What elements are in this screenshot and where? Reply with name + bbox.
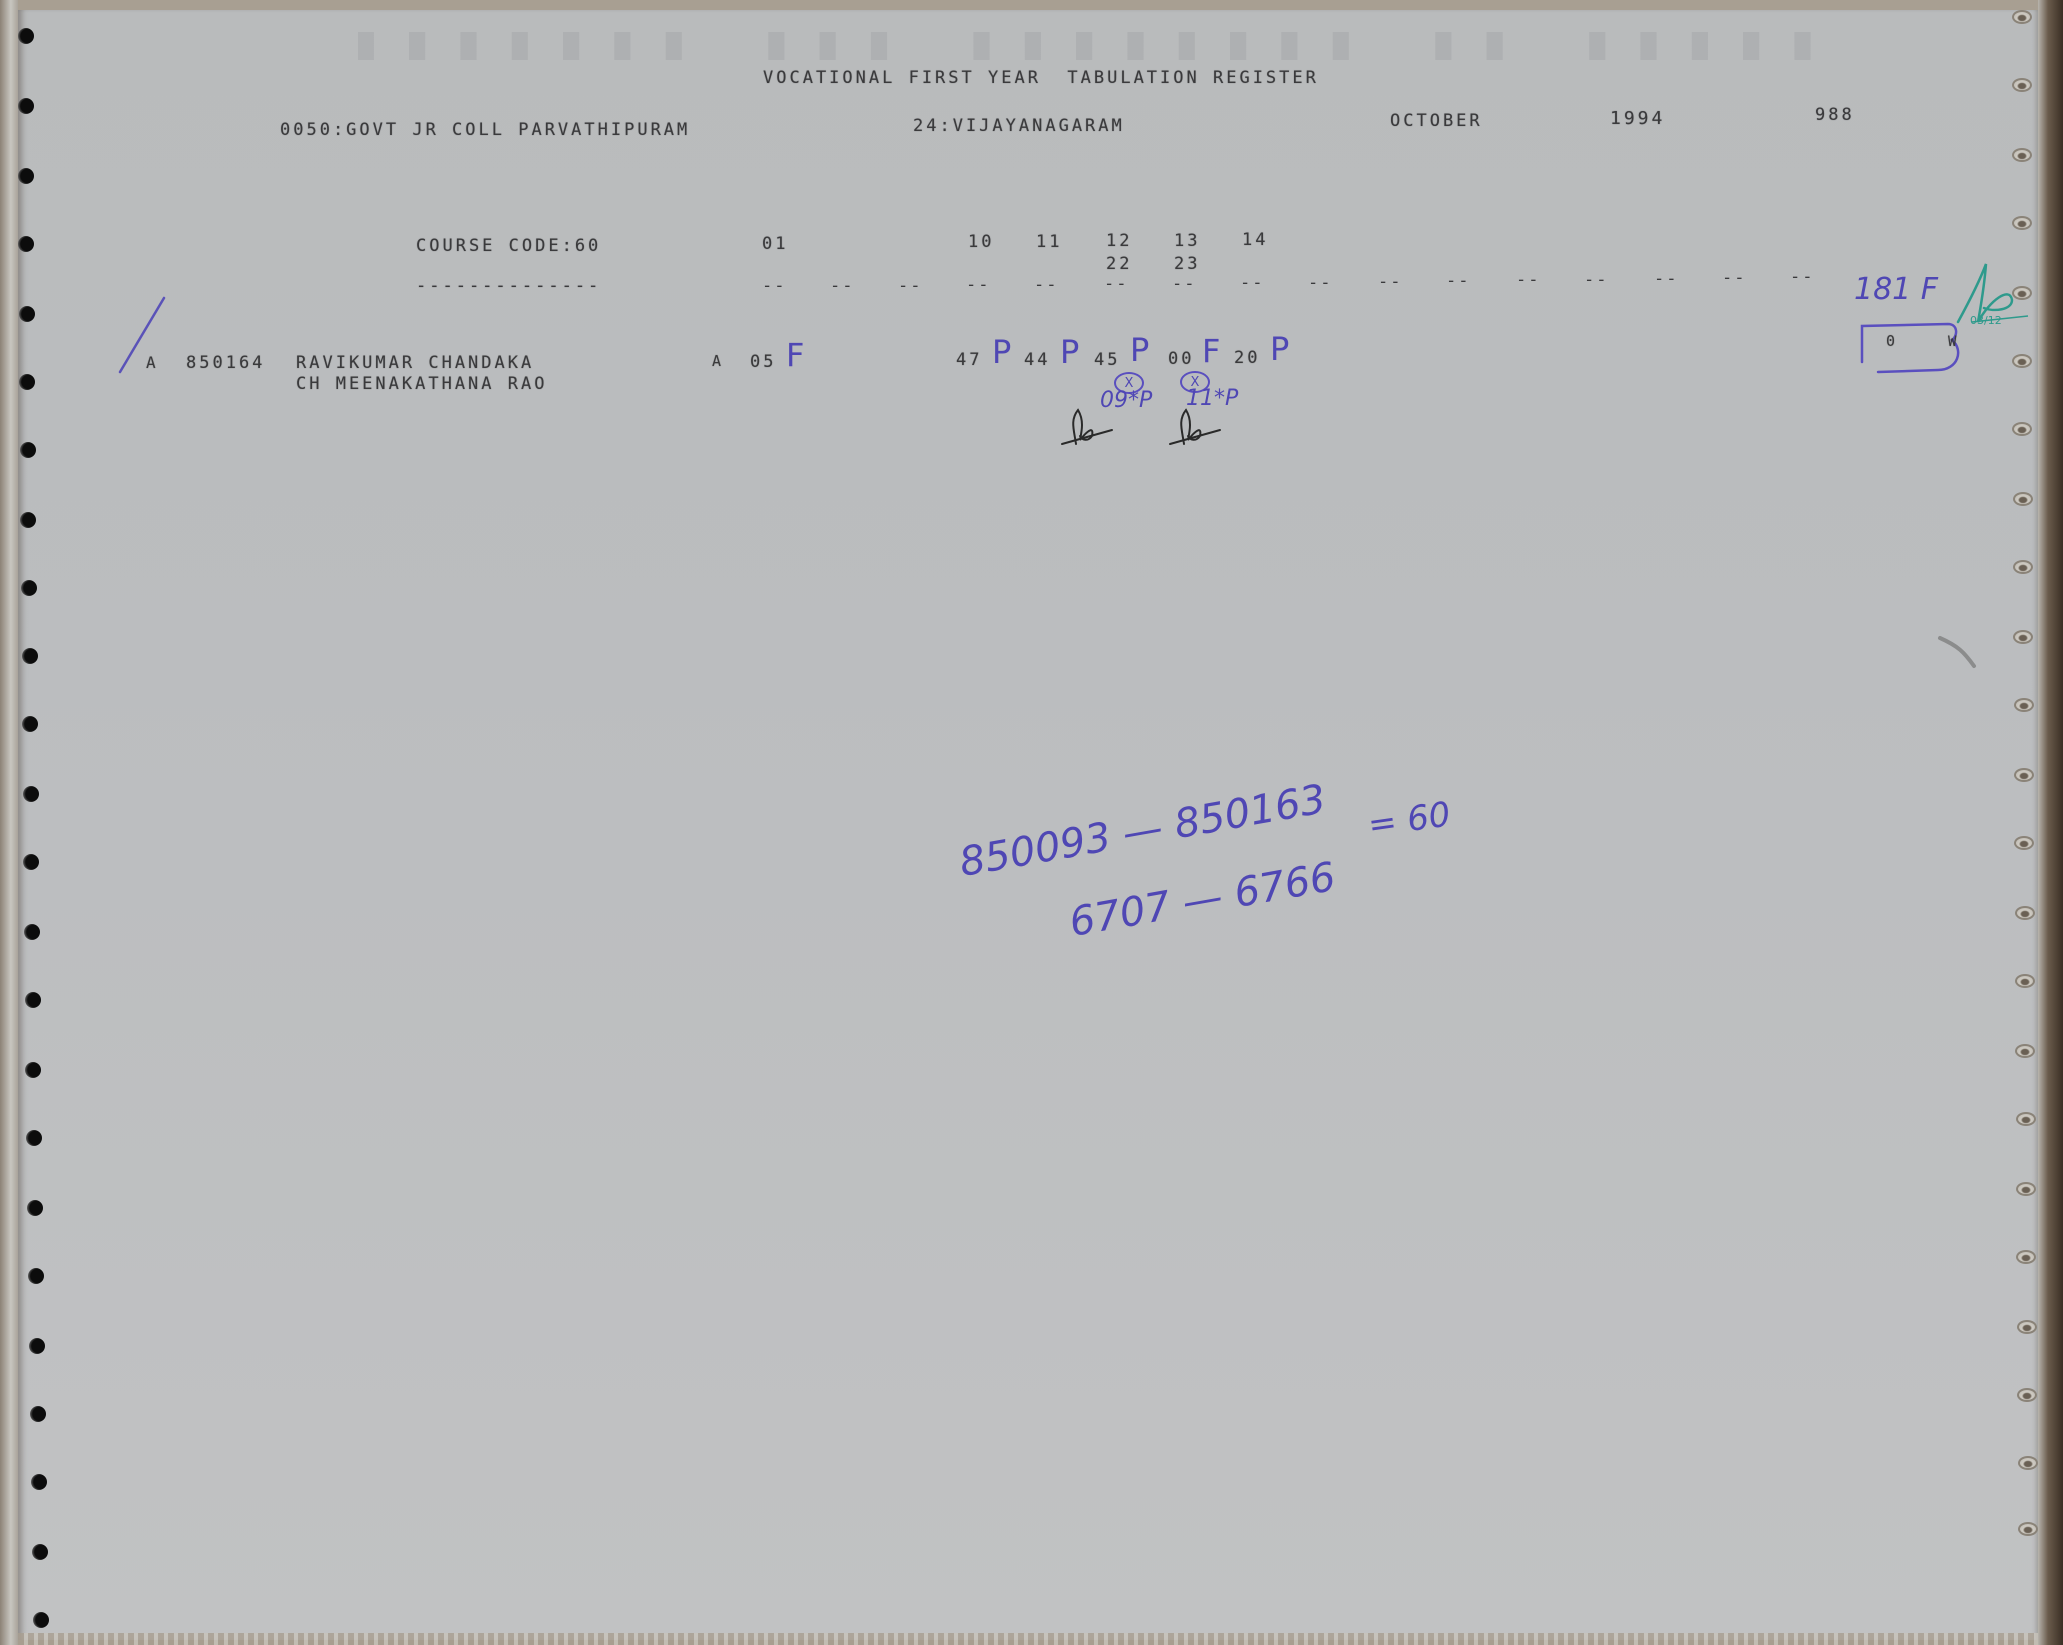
right-feed-hole xyxy=(2016,1182,2036,1196)
stray-pencil-mark xyxy=(1934,630,2004,680)
column-header-11: 11 xyxy=(1036,232,1062,252)
total-result-annotation: 181 F xyxy=(1854,272,1938,307)
column-dash: -- xyxy=(1034,275,1058,295)
column-dash: -- xyxy=(1308,273,1332,293)
bottom-perforation xyxy=(18,1633,2038,1645)
exam-year: 1994 xyxy=(1610,108,1665,129)
right-feed-hole xyxy=(2013,630,2033,644)
teal-signature-icon xyxy=(1950,260,2030,340)
right-feed-hole xyxy=(2015,906,2035,920)
district-name: 24:VIJAYANAGARAM xyxy=(913,116,1125,136)
left-feed-hole xyxy=(22,716,38,732)
right-feed-hole xyxy=(2012,354,2032,368)
right-feed-hole xyxy=(2016,1112,2036,1126)
column-header-10: 10 xyxy=(968,232,994,252)
right-feed-hole xyxy=(2012,78,2032,92)
column-header-13: 13 xyxy=(1174,231,1200,251)
column-dash: -- xyxy=(1240,273,1264,293)
medium-code: A xyxy=(712,352,724,370)
right-feed-hole xyxy=(2017,1320,2037,1334)
course-code-underline: -------------- xyxy=(416,276,601,296)
right-feed-hole xyxy=(2014,836,2034,850)
left-feed-hole xyxy=(20,442,36,458)
father-name: CH MEENAKATHANA RAO xyxy=(296,374,547,394)
result-01: F xyxy=(786,336,804,374)
right-feed-hole xyxy=(2016,1250,2036,1264)
left-feed-hole xyxy=(18,28,34,44)
column-dash: -- xyxy=(1104,274,1128,294)
right-feed-hole xyxy=(2018,1456,2038,1470)
column-header-12: 12 xyxy=(1106,231,1132,251)
right-feed-hole xyxy=(2015,1044,2035,1058)
column-header-01: 01 xyxy=(762,234,788,254)
right-feed-hole xyxy=(2014,768,2034,782)
right-feed-hole xyxy=(2012,148,2032,162)
column-dash: -- xyxy=(1378,272,1402,292)
left-feed-hole xyxy=(18,236,34,252)
column-dash: -- xyxy=(898,276,922,296)
right-feed-hole xyxy=(2014,698,2034,712)
column-dash: -- xyxy=(1516,270,1540,290)
left-feed-hole xyxy=(32,1544,48,1560)
right-feed-hole xyxy=(2017,1388,2037,1402)
signature-date: 03/12 xyxy=(1970,314,2002,327)
left-feed-hole xyxy=(31,1474,47,1490)
initials-signature-icon xyxy=(1058,400,1118,450)
right-feed-hole xyxy=(2013,492,2033,506)
right-feed-hole xyxy=(2012,216,2032,230)
tick-mark-icon xyxy=(114,290,174,380)
student-name: RAVIKUMAR CHANDAKA xyxy=(296,353,534,373)
column-dash: -- xyxy=(1722,268,1746,288)
course-code-label: COURSE CODE:60 xyxy=(416,236,601,256)
right-paper-edge xyxy=(2038,0,2063,1645)
range-calculation-line-2: 6707 — 6766 xyxy=(1066,854,1339,946)
hall-ticket-number: 850164 xyxy=(186,353,265,373)
column-subheader-22: 22 xyxy=(1106,254,1132,274)
left-feed-hole xyxy=(19,374,35,390)
left-feed-hole xyxy=(25,992,41,1008)
left-feed-hole xyxy=(28,1268,44,1284)
left-feed-hole xyxy=(33,1612,49,1628)
column-dash: -- xyxy=(1654,269,1678,289)
left-feed-hole xyxy=(30,1406,46,1422)
exam-month: OCTOBER xyxy=(1390,111,1483,131)
mark-01: 05 xyxy=(750,352,776,372)
column-dash: -- xyxy=(1584,270,1608,290)
mark-10: 47 xyxy=(956,350,982,370)
left-feed-hole xyxy=(25,1062,41,1078)
left-feed-hole xyxy=(27,1200,43,1216)
left-feed-hole xyxy=(26,1130,42,1146)
left-feed-hole xyxy=(23,786,39,802)
mark-11: 44 xyxy=(1024,350,1050,370)
column-header-14: 14 xyxy=(1242,230,1268,250)
result-12: P xyxy=(1130,331,1149,369)
left-feed-hole xyxy=(21,580,37,596)
left-binding-strip xyxy=(0,0,18,1645)
box-left-value: 0 xyxy=(1886,332,1898,350)
tabulation-sheet: █ █ █ █ █ █ █ █ █ █ █ █ █ █ █ █ █ █ █ █ … xyxy=(18,10,2038,1640)
left-feed-hole xyxy=(20,512,36,528)
right-feed-hole xyxy=(2013,560,2033,574)
column-subheader-23: 23 xyxy=(1174,254,1200,274)
page-number: 988 xyxy=(1815,105,1855,125)
column-dash: -- xyxy=(762,276,786,296)
right-feed-hole xyxy=(2015,974,2035,988)
result-11: P xyxy=(1060,333,1079,371)
right-feed-hole xyxy=(2012,286,2032,300)
left-feed-hole xyxy=(19,306,35,322)
college-name: 0050:GOVT JR COLL PARVATHIPURAM xyxy=(280,120,690,140)
range-calculation-total: = 60 xyxy=(1366,794,1453,845)
bleed-through-text: █ █ █ █ █ █ █ █ █ █ █ █ █ █ █ █ █ █ █ █ … xyxy=(358,32,1818,60)
column-dash: -- xyxy=(830,276,854,296)
column-dash: -- xyxy=(1446,271,1470,291)
register-title: VOCATIONAL FIRST YEAR TABULATION REGISTE… xyxy=(763,68,1319,88)
right-feed-hole xyxy=(2012,10,2032,24)
right-feed-hole xyxy=(2012,422,2032,436)
left-feed-hole xyxy=(24,924,40,940)
initials-signature-icon xyxy=(1166,400,1226,450)
column-dash: -- xyxy=(1790,267,1814,287)
column-dash: -- xyxy=(966,275,990,295)
row-flag: A xyxy=(146,353,159,372)
left-feed-hole xyxy=(29,1338,45,1354)
left-feed-hole xyxy=(22,648,38,664)
result-10: P xyxy=(992,333,1011,371)
result-14: P xyxy=(1270,330,1289,368)
column-dash: -- xyxy=(1172,274,1196,294)
mark-13: 00 xyxy=(1168,349,1194,369)
photographed-page: █ █ █ █ █ █ █ █ █ █ █ █ █ █ █ █ █ █ █ █ … xyxy=(0,0,2063,1645)
left-feed-hole xyxy=(18,98,34,114)
mark-12: 45 xyxy=(1094,350,1120,370)
right-feed-hole xyxy=(2018,1522,2038,1536)
left-feed-hole xyxy=(23,854,39,870)
left-feed-hole xyxy=(18,168,34,184)
mark-14: 20 xyxy=(1234,348,1260,368)
result-13: F xyxy=(1202,332,1220,370)
